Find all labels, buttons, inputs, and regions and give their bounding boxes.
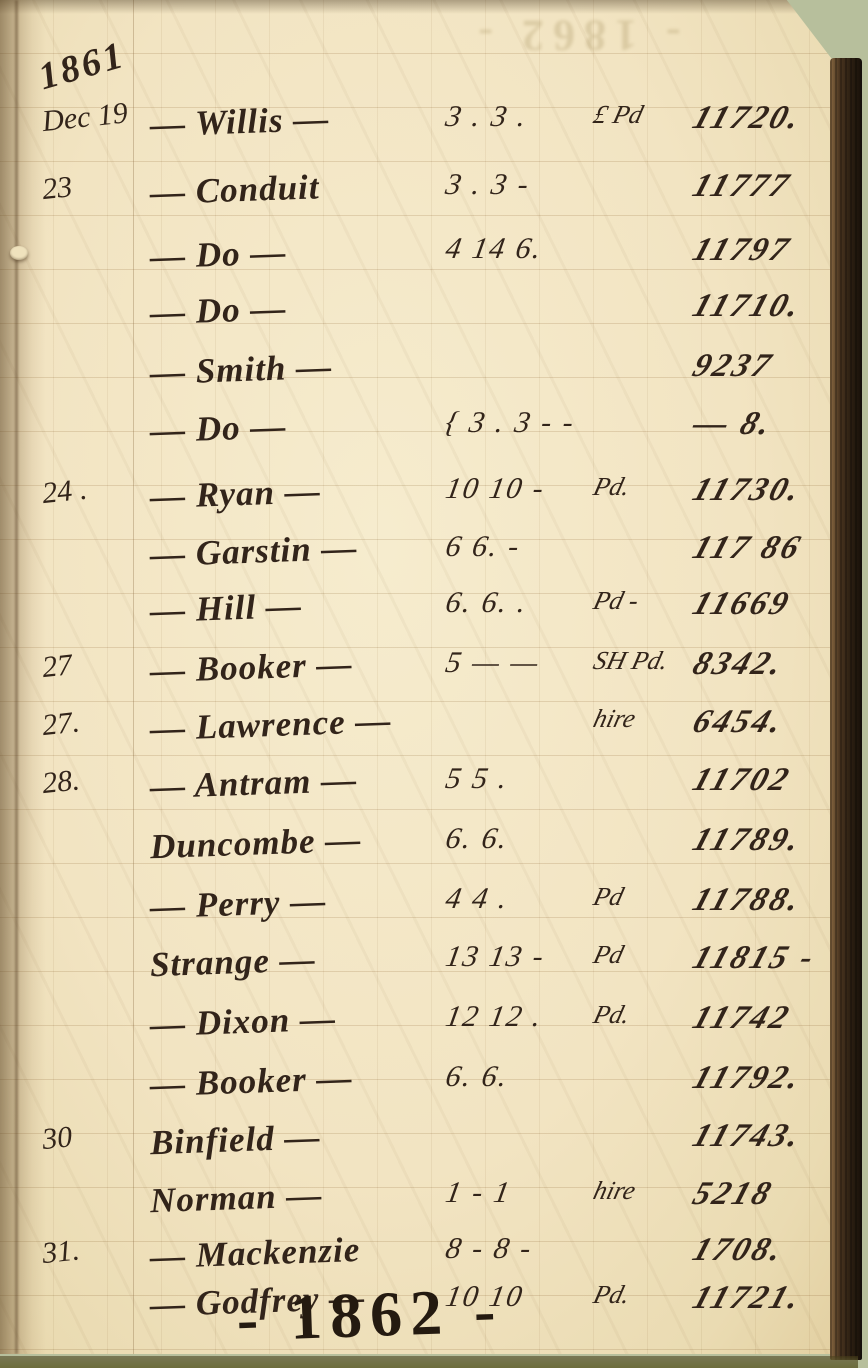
entry-date: 28.	[40, 757, 143, 801]
entry-number: 11788.	[688, 882, 852, 919]
ledger-row: 30 Binfield — 11743.	[0, 1118, 846, 1176]
entry-date: 24 .	[40, 467, 143, 511]
ledger-row: Norman — 1 - 1 hire 5218	[0, 1176, 846, 1234]
entry-number: 11742	[688, 1000, 852, 1037]
entry-name: — Booker —	[149, 1055, 450, 1105]
entry-note: Pd.	[590, 472, 695, 502]
entry-amount: 5 — —	[443, 646, 594, 680]
entry-amount: { 3 . 3 - -	[443, 406, 594, 440]
entry-name: — Do —	[149, 227, 450, 277]
entry-note: SH Pd.	[590, 646, 695, 676]
entry-note: Pd	[590, 882, 695, 912]
entry-amount: 6. 6. .	[443, 586, 594, 620]
entry-name: — Willis —	[149, 95, 450, 145]
entry-date: 27	[40, 641, 143, 685]
entry-name: — Do —	[149, 283, 450, 333]
entry-name: Norman —	[149, 1171, 450, 1221]
binding-gutter-shadow	[0, 0, 46, 1354]
entry-amount: 12 12 .	[443, 1000, 594, 1034]
entry-note: Pd	[590, 940, 695, 970]
ledger-row: Duncombe — 6. 6. 11789.	[0, 822, 846, 880]
entry-name: Strange —	[149, 935, 450, 985]
entry-amount: 6. 6.	[443, 822, 594, 856]
entry-name: — Perry —	[149, 877, 450, 927]
entry-number: 11730.	[688, 472, 852, 509]
ledger-row: — Smith — 9237	[0, 348, 846, 406]
entry-amount: 13 13 -	[443, 940, 594, 974]
entry-name: — Smith —	[149, 343, 450, 393]
entry-amount: 4 4 .	[443, 882, 594, 916]
entry-date: 31.	[40, 1227, 143, 1271]
ledger-row: 27. — Lawrence — hire 6454.	[0, 704, 846, 762]
entry-number: 11721.	[688, 1280, 852, 1317]
entry-number: 11815 -	[688, 940, 852, 977]
entry-note: £ Pd	[590, 100, 695, 130]
entry-name: — Hill —	[149, 581, 450, 631]
ledger-row: — Perry — 4 4 . Pd 11788.	[0, 882, 846, 940]
entry-number: 117 86	[688, 530, 852, 567]
entry-amount: 6. 6.	[443, 1060, 594, 1094]
entry-number: 5218	[688, 1176, 852, 1213]
entry-name: — Booker —	[149, 641, 450, 691]
ledger-row: 28. — Antram — 5 5 . 11702	[0, 762, 846, 820]
entry-name: — Conduit	[149, 163, 450, 213]
entry-amount: 8 - 8 -	[443, 1232, 594, 1266]
entry-number: 11669	[688, 586, 852, 623]
entry-date: 30	[40, 1113, 143, 1157]
entry-name: — Do —	[149, 401, 450, 451]
entry-number: 11792.	[688, 1060, 852, 1097]
ledger-row: — Dixon — 12 12 . Pd. 11742	[0, 1000, 846, 1058]
ledger-page: - 1862 - 1861 Dec 19 — Willis — 3 . 3 . …	[0, 0, 846, 1354]
ledger-row: — Garstin — 6 6. - 117 86	[0, 530, 846, 588]
ledger-row: Dec 19 — Willis — 3 . 3 . £ Pd 11720.	[0, 100, 846, 158]
entry-amount: 5 5 .	[443, 762, 594, 796]
entry-name: — Mackenzie	[149, 1227, 450, 1277]
entry-number: 9237	[688, 348, 852, 385]
ledger-row: — Do — 4 14 6. 11797	[0, 232, 846, 290]
ledger-row: Strange — 13 13 - Pd 11815 -	[0, 940, 846, 998]
entry-date: Dec 19	[40, 95, 143, 139]
entry-number: 11702	[688, 762, 852, 799]
ledger-row: 24 . — Ryan — 10 10 - Pd. 11730.	[0, 472, 846, 530]
gutter-crease	[15, 0, 18, 1354]
entry-number: 11710.	[688, 288, 852, 325]
year-stamp: - 1862 -	[159, 1271, 581, 1360]
entry-name: — Dixon —	[149, 995, 450, 1045]
entry-note: Pd.	[590, 1280, 695, 1310]
entry-amount: 3 . 3 -	[443, 168, 594, 202]
entry-number: 1708.	[688, 1232, 852, 1269]
entry-number: 6454.	[688, 704, 852, 741]
entry-amount: 4 14 6.	[443, 232, 594, 266]
entry-name: — Garstin —	[149, 525, 450, 575]
entry-name: Duncombe —	[149, 817, 450, 867]
ledger-row: — Hill — 6. 6. . Pd - 11669	[0, 586, 846, 644]
bleedthrough-year-stamp: - 1862 -	[420, 10, 730, 61]
entry-number: 11720.	[688, 100, 852, 137]
entry-note: hire	[590, 1176, 695, 1206]
entry-number: 11777	[688, 168, 852, 205]
entry-date: 23	[40, 163, 143, 207]
book-page-stack-edge	[830, 58, 862, 1360]
entry-amount: 10 10 -	[443, 472, 594, 506]
entry-amount: 3 . 3 .	[443, 100, 594, 134]
entry-number: 8342.	[688, 646, 852, 683]
entry-number: 11789.	[688, 822, 852, 859]
bottom-table-edge	[0, 1356, 858, 1368]
entry-amount: 1 - 1	[443, 1176, 594, 1210]
entry-note: Pd.	[590, 1000, 695, 1030]
entry-number: 11743.	[688, 1118, 852, 1155]
paper-nick	[10, 246, 28, 260]
ledger-row: 27 — Booker — 5 — — SH Pd. 8342.	[0, 646, 846, 704]
entry-number: 11797	[688, 232, 852, 269]
entry-note: Pd -	[590, 586, 695, 616]
entry-name: — Ryan —	[149, 467, 450, 517]
entry-number: — 8.	[688, 406, 852, 443]
ledger-row: — Booker — 6. 6. 11792.	[0, 1060, 846, 1118]
entry-amount: 6 6. -	[443, 530, 594, 564]
entry-date: 27.	[40, 699, 143, 743]
entry-name: — Lawrence —	[149, 699, 450, 749]
entry-note: hire	[590, 704, 695, 734]
ledger-row: — Do — 11710.	[0, 288, 846, 346]
ledger-row: — Do — { 3 . 3 - - — 8.	[0, 406, 846, 464]
entry-name: — Antram —	[149, 757, 450, 807]
entry-name: Binfield —	[149, 1113, 450, 1163]
ledger-row: 23 — Conduit 3 . 3 - 11777	[0, 168, 846, 226]
